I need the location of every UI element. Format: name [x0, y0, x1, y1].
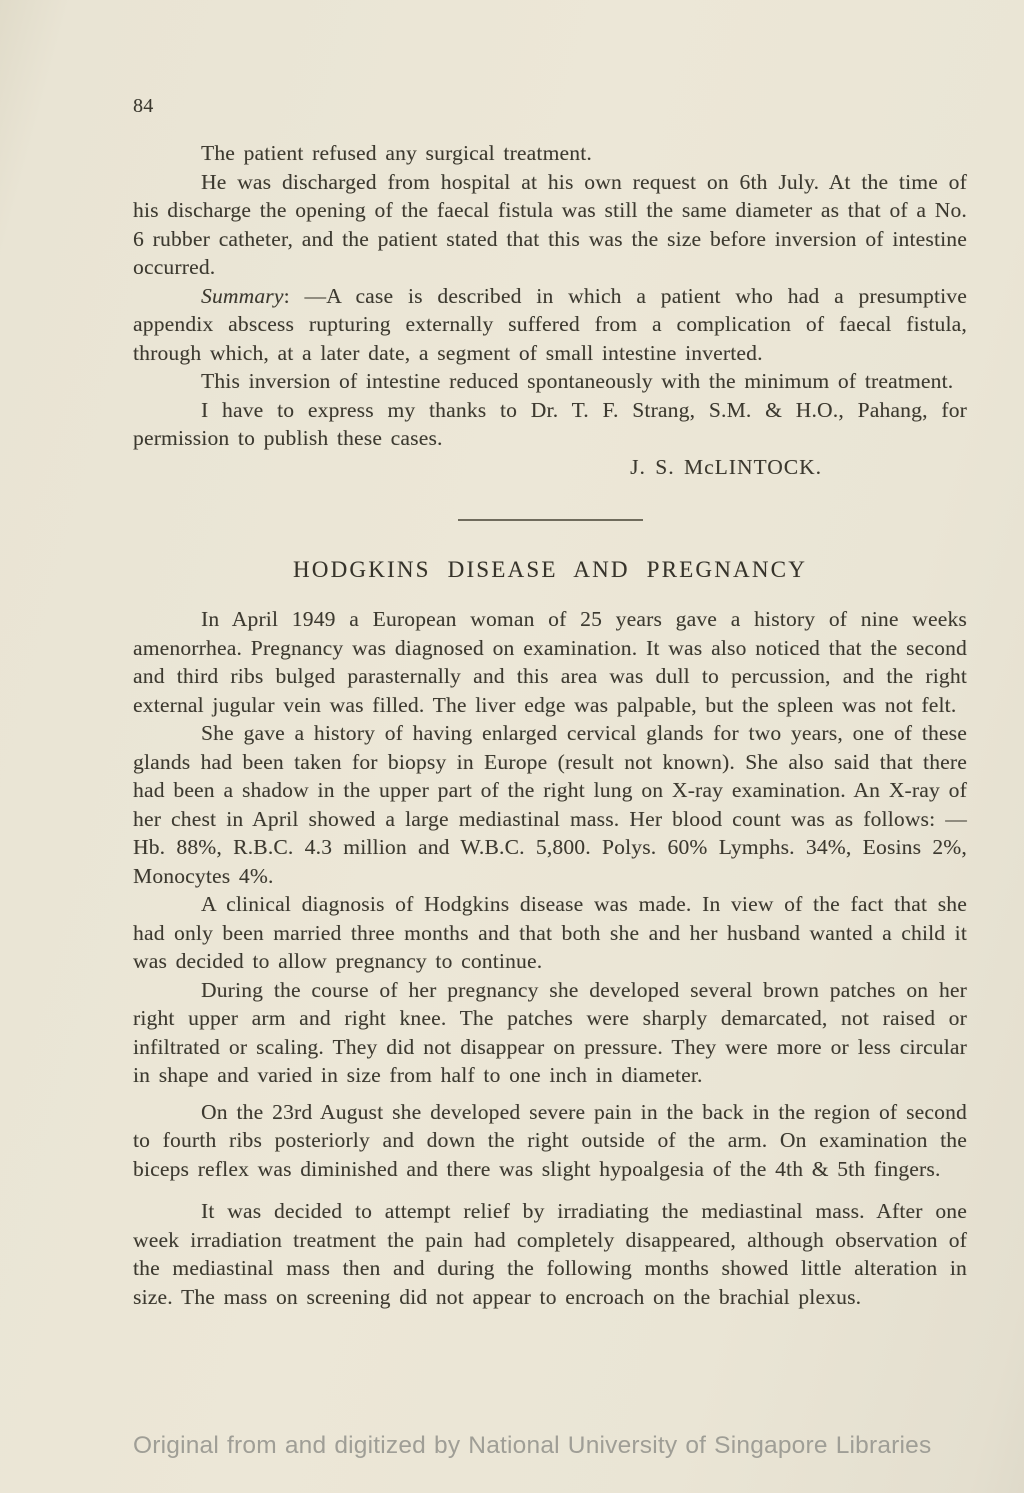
library-watermark: Original from and digitized by National …	[133, 1431, 931, 1461]
paragraph-discharge: He was discharged from hospital at his o…	[133, 168, 967, 282]
paragraph-irradiation-treatment: It was decided to attempt relief by irra…	[133, 1197, 967, 1311]
paragraph-history-april-1949: In April 1949 a European woman of 25 yea…	[133, 605, 967, 719]
section-divider-rule	[458, 519, 643, 521]
paragraph-august-back-pain: On the 23rd August she developed severe …	[133, 1098, 967, 1184]
article-title: HODGKINS DISEASE AND PREGNANCY	[133, 555, 967, 585]
paragraph-cervical-glands-blood-count: She gave a history of having enlarged ce…	[133, 719, 967, 890]
paragraph-brown-patches: During the course of her pregnancy she d…	[133, 976, 967, 1090]
paragraph-inversion-reduced: This inversion of intestine reduced spon…	[133, 367, 967, 396]
page-text-block: 84 The patient refused any surgical trea…	[133, 95, 967, 1311]
author-signature: J. S. McLINTOCK.	[133, 453, 967, 482]
paragraph-summary: Summary: —A case is described in which a…	[133, 282, 967, 368]
paragraph-refused-treatment: The patient refused any surgical treatme…	[133, 139, 967, 168]
paragraph-acknowledgement: I have to express my thanks to Dr. T. F.…	[133, 396, 967, 453]
page-number: 84	[133, 95, 967, 117]
summary-label: Summary	[201, 284, 284, 308]
paragraph-clinical-diagnosis: A clinical diagnosis of Hodgkins disease…	[133, 890, 967, 976]
scanned-journal-page: { "page_number": "84", "colors": { "pape…	[0, 0, 1024, 1493]
